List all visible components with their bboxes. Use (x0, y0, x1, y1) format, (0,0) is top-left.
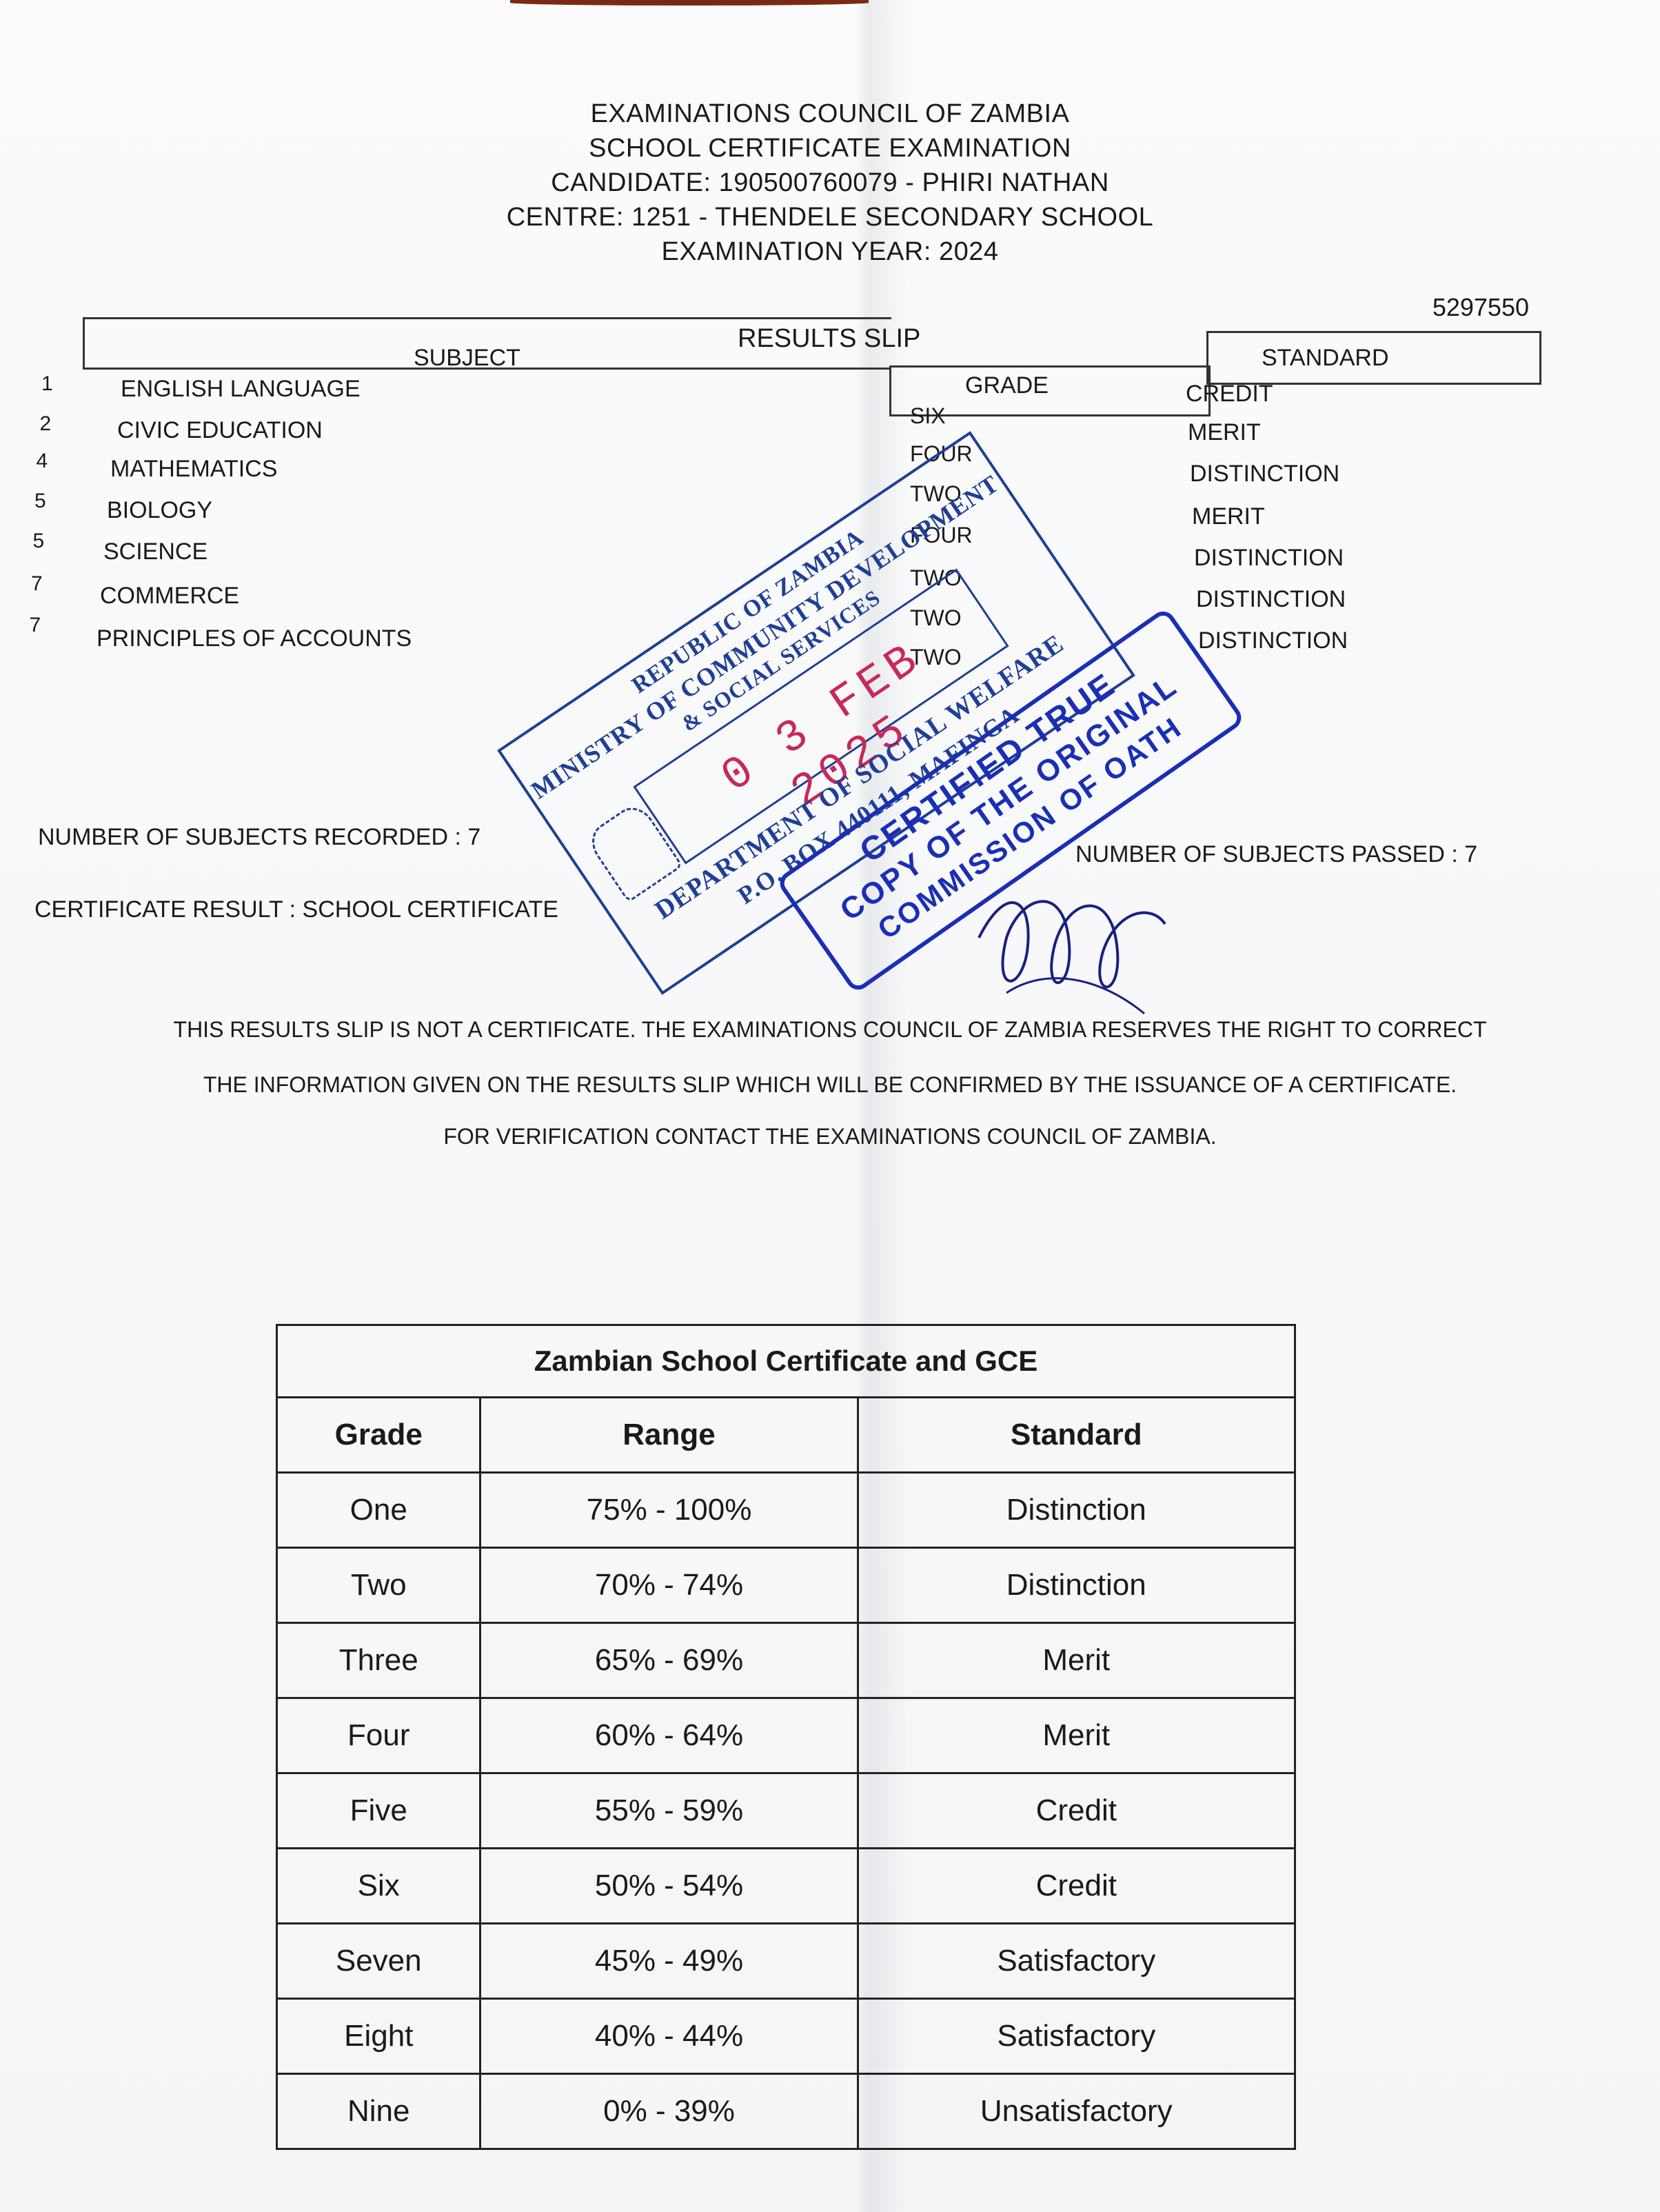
grading-range: 50% - 54% (480, 1849, 858, 1924)
certificate-result: CERTIFICATE RESULT : SCHOOL CERTIFICATE (34, 896, 558, 923)
subject-name: SCIENCE (103, 539, 207, 580)
subject-number: 4 (37, 450, 48, 491)
grading-row: Eight40% - 44%Satisfactory (277, 1999, 1295, 2074)
grading-scale-table: Zambian School Certificate and GCE Grade… (276, 1324, 1296, 2150)
grading-range: 65% - 69% (480, 1623, 858, 1698)
grading-grade: One (277, 1473, 480, 1548)
grading-row: Two70% - 74%Distinction (277, 1548, 1295, 1623)
grading-standard: Distinction (858, 1548, 1295, 1623)
document-header: EXAMINATIONS COUNCIL OF ZAMBIA SCHOOL CE… (0, 97, 1660, 269)
candidate-line: CANDIDATE: 190500760079 - PHIRI NATHAN (0, 165, 1660, 200)
grading-range: 60% - 64% (480, 1698, 858, 1773)
grading-range: 75% - 100% (480, 1473, 858, 1548)
subject-standard: DISTINCTION (1196, 586, 1346, 613)
subject-standard: CREDIT (1186, 381, 1273, 408)
grading-standard: Unsatisfactory (858, 2074, 1295, 2149)
grading-header-standard: Standard (858, 1398, 1295, 1473)
results-slip-title: RESULTS SLIP (738, 324, 920, 354)
grading-standard: Merit (858, 1698, 1295, 1773)
subject-number: 2 (40, 412, 52, 454)
signature (965, 855, 1186, 1020)
grading-row: One75% - 100%Distinction (277, 1473, 1295, 1548)
organization-name: EXAMINATIONS COUNCIL OF ZAMBIA (0, 97, 1660, 131)
grading-grade: Six (277, 1849, 480, 1924)
subject-name: BIOLOGY (107, 497, 212, 539)
grading-standard: Merit (858, 1623, 1295, 1698)
disclaimer-line-2: THE INFORMATION GIVEN ON THE RESULTS SLI… (0, 1072, 1660, 1098)
grading-standard: Satisfactory (858, 1924, 1295, 1999)
subject-name: COMMERCE (100, 583, 239, 624)
grading-grade: Two (277, 1548, 480, 1623)
grading-grade: Three (277, 1623, 480, 1698)
grading-row: Five55% - 59%Credit (277, 1773, 1295, 1849)
subject-number: 7 (30, 614, 41, 655)
grading-range: 40% - 44% (480, 1999, 858, 2074)
disclaimer-line-1: THIS RESULTS SLIP IS NOT A CERTIFICATE. … (0, 1017, 1660, 1043)
disclaimer-line-3: FOR VERIFICATION CONTACT THE EXAMINATION… (0, 1124, 1660, 1149)
grading-grade: Seven (277, 1924, 480, 1999)
column-header-grade: GRADE (965, 372, 1049, 399)
subject-standard: MERIT (1192, 503, 1265, 530)
grading-range: 55% - 59% (480, 1773, 858, 1849)
grading-range: 70% - 74% (480, 1548, 858, 1623)
subject-number: 5 (33, 530, 45, 571)
subject-name: PRINCIPLES OF ACCOUNTS (97, 625, 412, 667)
grading-grade: Four (277, 1698, 480, 1773)
subject-name: ENGLISH LANGUAGE (121, 376, 361, 417)
grading-grade: Eight (277, 1999, 480, 2074)
subject-name: MATHEMATICS (110, 456, 277, 497)
grading-row: Four60% - 64%Merit (277, 1698, 1295, 1773)
subject-number: 7 (31, 572, 43, 614)
grading-row: Six50% - 54%Credit (277, 1849, 1295, 1924)
subjects-recorded: NUMBER OF SUBJECTS RECORDED : 7 (38, 824, 480, 851)
subject-number: 1 (41, 372, 53, 414)
grading-row: Three65% - 69%Merit (277, 1623, 1295, 1698)
subject-standard: DISTINCTION (1198, 627, 1348, 654)
subject-number: 5 (34, 490, 46, 531)
grading-range: 0% - 39% (480, 2074, 858, 2149)
grading-grade: Five (277, 1773, 480, 1849)
grading-standard: Credit (858, 1849, 1295, 1924)
subject-name: CIVIC EDUCATION (117, 417, 323, 459)
paper-edge-shadow (510, 0, 869, 6)
grading-table-title: Zambian School Certificate and GCE (277, 1325, 1295, 1398)
grading-row: Nine0% - 39%Unsatisfactory (277, 2074, 1295, 2149)
centre-line: CENTRE: 1251 - THENDELE SECONDARY SCHOOL (0, 200, 1660, 234)
column-header-standard: STANDARD (1262, 345, 1389, 372)
exam-name: SCHOOL CERTIFICATE EXAMINATION (0, 131, 1660, 165)
grading-standard: Satisfactory (858, 1999, 1295, 2074)
grading-grade: Nine (277, 2074, 480, 2149)
grading-header-grade: Grade (277, 1398, 480, 1473)
column-header-subject: SUBJECT (414, 345, 520, 372)
subject-grade: SIX (910, 403, 946, 429)
subject-standard: DISTINCTION (1190, 461, 1339, 487)
exam-year: EXAMINATION YEAR: 2024 (0, 234, 1660, 269)
subject-standard: MERIT (1188, 419, 1261, 446)
subject-standard: DISTINCTION (1194, 545, 1344, 572)
grading-row: Seven45% - 49%Satisfactory (277, 1924, 1295, 1999)
grading-standard: Distinction (858, 1473, 1295, 1548)
grading-range: 45% - 49% (480, 1924, 858, 1999)
grading-standard: Credit (858, 1773, 1295, 1849)
grading-header-range: Range (480, 1398, 858, 1473)
